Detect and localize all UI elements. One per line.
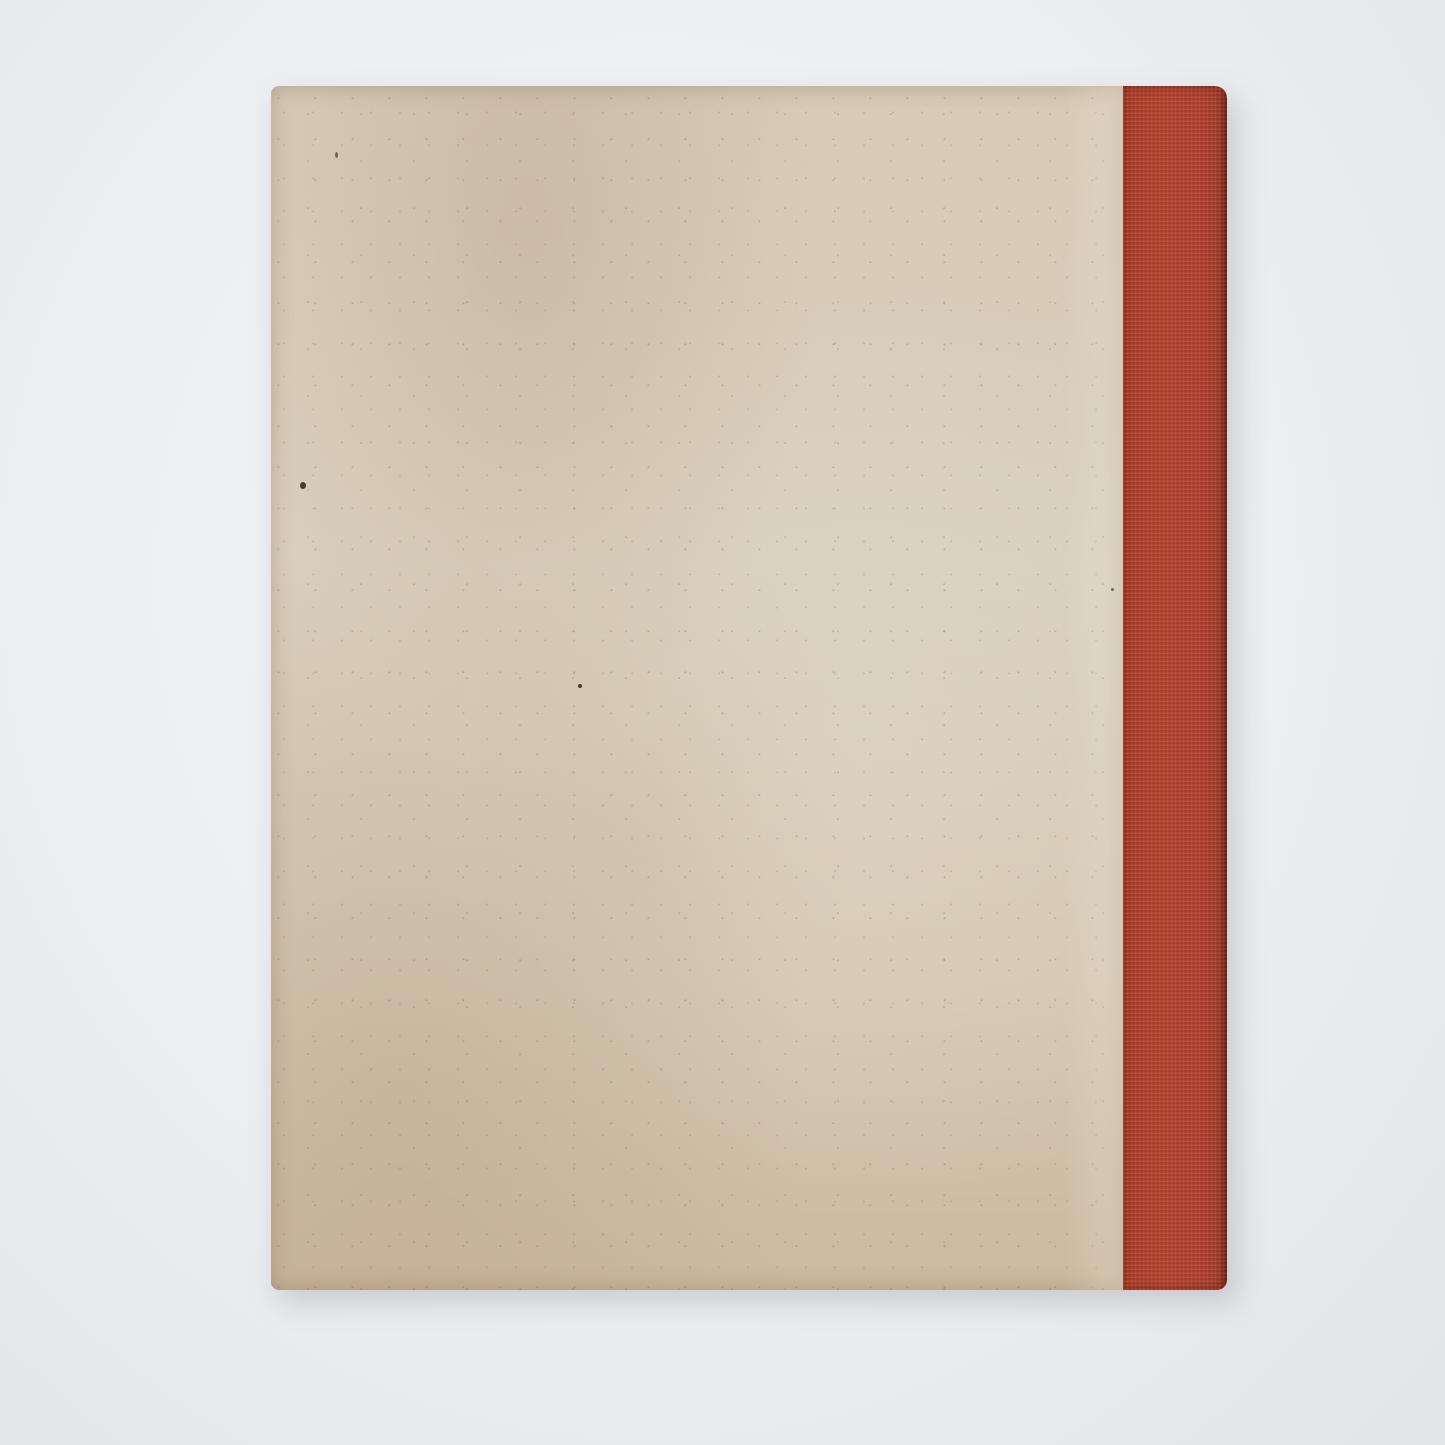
spine-edge-shading [1219,86,1227,1290]
speck-mark [335,152,338,158]
speck-mark [1111,588,1114,591]
photo-scene [0,0,1445,1445]
speck-mark [578,684,582,688]
book [271,86,1227,1290]
speck-mark [300,482,306,489]
cloth-spine [1123,86,1227,1290]
paper-fiber-texture [271,86,1123,1290]
back-cover [271,86,1123,1290]
cover-hinge-highlight [1063,86,1123,1290]
